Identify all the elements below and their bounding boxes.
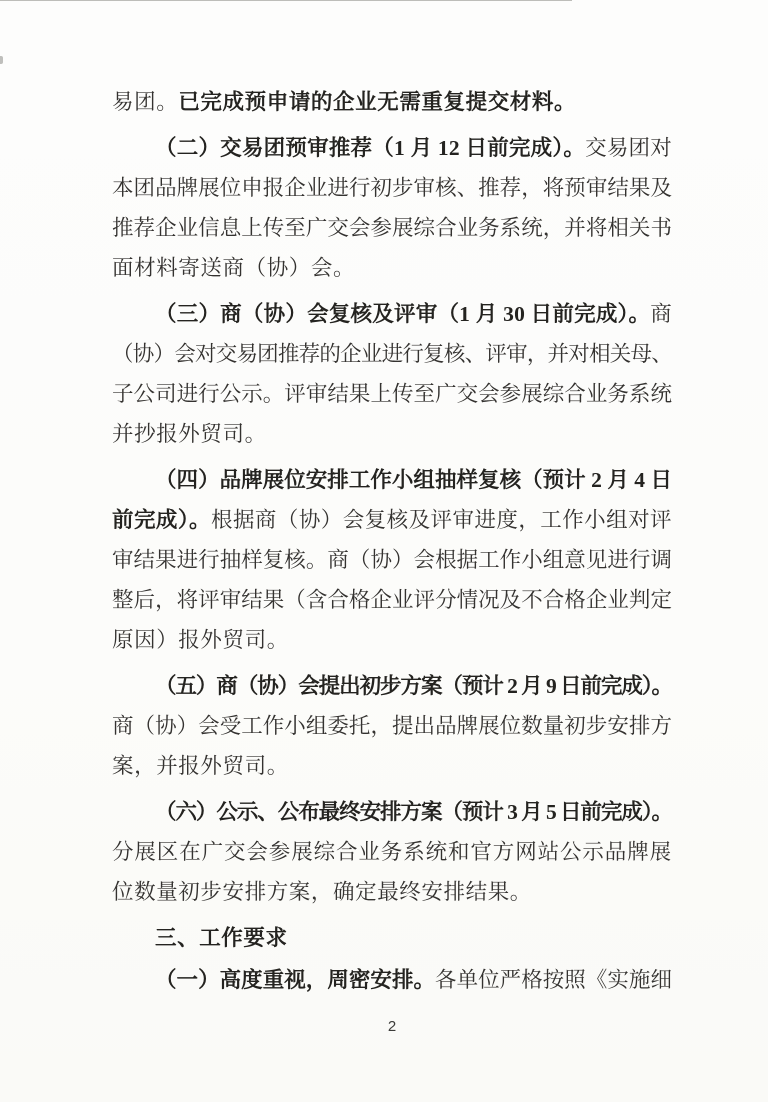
text-line: 商（协）会受工作小组委托，提出品牌展位数量初步安排方 xyxy=(112,706,672,746)
text-run: 整后，将评审结果（含合格企业评分情况及不合格企业判定 xyxy=(112,588,672,612)
text-run: 案，并报外贸司。 xyxy=(112,754,289,778)
text-run: 交易团对 xyxy=(585,136,672,160)
text-line: 并抄报外贸司。 xyxy=(112,414,672,454)
paragraph: （四）品牌展位安排工作小组抽样复核（预计 2 月 4 日前完成）。根据商（协）会… xyxy=(112,460,672,660)
text-run: 并抄报外贸司。 xyxy=(112,422,267,446)
text-line: 本团品牌展位申报企业进行初步审核、推荐，将预审结果及 xyxy=(112,168,672,208)
text-line: （一）高度重视，周密安排。各单位严格按照《实施细 xyxy=(112,960,672,1000)
text-run: 审结果进行抽样复核。商（协）会根据工作小组意见进行调 xyxy=(112,548,672,572)
text-run: （三）商（协）会复核及评审（1 月 30 日前完成）。 xyxy=(155,302,650,326)
text-line: 前完成）。根据商（协）会复核及评审进度，工作小组对评 xyxy=(112,500,672,540)
text-run: 商 xyxy=(650,302,672,326)
text-run: （四）品牌展位安排工作小组抽样复核（预计 2 月 4 日 xyxy=(155,468,672,492)
text-line: 易团。已完成预申请的企业无需重复提交材料。 xyxy=(112,82,672,122)
text-run: 原因）报外贸司。 xyxy=(112,628,289,652)
text-line: 子公司进行公示。评审结果上传至广交会参展综合业务系统 xyxy=(112,374,672,414)
page-number: 2 xyxy=(112,1018,672,1035)
text-line: （协）会对交易团推荐的企业进行复核、评审，并对相关母、 xyxy=(112,334,672,374)
text-run: 子公司进行公示。评审结果上传至广交会参展综合业务系统 xyxy=(112,382,672,406)
text-line: 三、工作要求 xyxy=(112,918,672,958)
text-run: 面材料寄送商（协）会。 xyxy=(112,256,355,280)
text-line: 审结果进行抽样复核。商（协）会根据工作小组意见进行调 xyxy=(112,540,672,580)
text-run: 商（协）会受工作小组委托，提出品牌展位数量初步安排方 xyxy=(112,714,672,738)
paragraph: （六）公示、公布最终安排方案（预计 3 月 5 日前完成）。分展区在广交会参展综… xyxy=(112,792,672,912)
text-run: （六）公示、公布最终安排方案（预计 3 月 5 日前完成）。 xyxy=(155,800,672,824)
text-line: （六）公示、公布最终安排方案（预计 3 月 5 日前完成）。 xyxy=(112,792,672,832)
paragraph: （二）交易团预审推荐（1 月 12 日前完成）。交易团对本团品牌展位申报企业进行… xyxy=(112,128,672,288)
text-line: 位数量初步安排方案，确定最终安排结果。 xyxy=(112,872,672,912)
text-run: 三、工作要求 xyxy=(155,926,288,950)
text-line: 分展区在广交会参展综合业务系统和官方网站公示品牌展 xyxy=(112,832,672,872)
text-run: 推荐企业信息上传至广交会参展综合业务系统，并将相关书 xyxy=(112,216,672,240)
paragraph: 易团。已完成预申请的企业无需重复提交材料。 xyxy=(112,82,672,122)
text-run: （五）商（协）会提出初步方案（预计 2 月 9 日前完成）。 xyxy=(155,674,672,698)
text-line: （二）交易团预审推荐（1 月 12 日前完成）。交易团对 xyxy=(112,128,672,168)
paragraph: （五）商（协）会提出初步方案（预计 2 月 9 日前完成）。商（协）会受工作小组… xyxy=(112,666,672,786)
text-run: 易团。 xyxy=(112,90,178,114)
text-line: 案，并报外贸司。 xyxy=(112,746,672,786)
text-run: 位数量初步安排方案，确定最终安排结果。 xyxy=(112,880,532,904)
text-run: （二）交易团预审推荐（1 月 12 日前完成）。 xyxy=(155,136,585,160)
document-body: 易团。已完成预申请的企业无需重复提交材料。（二）交易团预审推荐（1 月 12 日… xyxy=(112,82,672,1006)
text-line: （四）品牌展位安排工作小组抽样复核（预计 2 月 4 日 xyxy=(112,460,672,500)
text-line: 面材料寄送商（协）会。 xyxy=(112,248,672,288)
text-line: （三）商（协）会复核及评审（1 月 30 日前完成）。商 xyxy=(112,294,672,334)
paragraph: （一）高度重视，周密安排。各单位严格按照《实施细 xyxy=(112,960,672,1000)
document-page: 易团。已完成预申请的企业无需重复提交材料。（二）交易团预审推荐（1 月 12 日… xyxy=(0,0,768,1102)
text-run: 分展区在广交会参展综合业务系统和官方网站公示品牌展 xyxy=(112,840,672,864)
text-line: 整后，将评审结果（含合格企业评分情况及不合格企业判定 xyxy=(112,580,672,620)
text-run: （协）会对交易团推荐的企业进行复核、评审，并对相关母、 xyxy=(112,342,672,366)
text-line: （五）商（协）会提出初步方案（预计 2 月 9 日前完成）。 xyxy=(112,666,672,706)
section-heading: 三、工作要求 xyxy=(112,918,672,958)
text-run: 本团品牌展位申报企业进行初步审核、推荐，将预审结果及 xyxy=(112,176,672,200)
text-line: 推荐企业信息上传至广交会参展综合业务系统，并将相关书 xyxy=(112,208,672,248)
scan-edge-mark xyxy=(0,56,3,64)
text-run: 已完成预申请的企业无需重复提交材料。 xyxy=(178,90,576,114)
text-line: 原因）报外贸司。 xyxy=(112,620,672,660)
scan-edge-artifact xyxy=(0,0,572,1)
paragraph: （三）商（协）会复核及评审（1 月 30 日前完成）。商（协）会对交易团推荐的企… xyxy=(112,294,672,454)
text-run: （一）高度重视，周密安排。 xyxy=(155,968,435,992)
text-run: 前完成）。 xyxy=(112,508,211,532)
text-run: 各单位严格按照《实施细 xyxy=(435,968,672,992)
text-run: 根据商（协）会复核及评审进度，工作小组对评 xyxy=(211,508,672,532)
